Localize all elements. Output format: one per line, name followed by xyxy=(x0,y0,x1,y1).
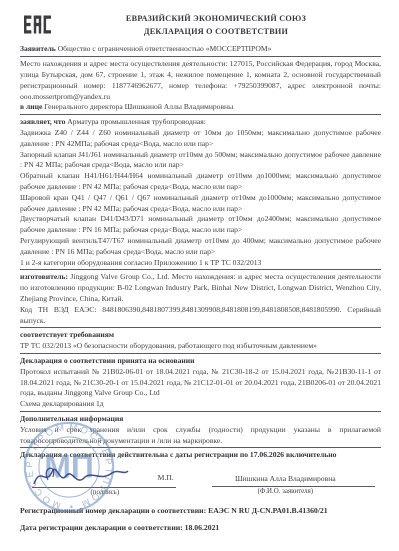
declaration-document: ЕВРАЗИЙСКИЙ ЭКОНОМИЧЕСКИЙ СОЮЗ ДЕКЛАРАЦИ… xyxy=(0,0,399,551)
compliance-standard: ТР ТС 032/2013 «О безопасности оборудова… xyxy=(20,341,381,354)
representative-label: в лице xyxy=(20,102,42,111)
product-item-ball-valve: Шаровой кран Q41 / Q47 / Q61 / Q67 номин… xyxy=(20,193,381,215)
equipment-category: 1 и 2-я категории оборудования согласно … xyxy=(20,258,381,271)
additional-info-heading: Дополнительная информация xyxy=(20,414,381,425)
fio-column: Шишкина Алла Владимировна (Ф.И.О. заявит… xyxy=(190,466,381,498)
fio-caption: (Ф.И.О. заявителя) xyxy=(190,487,381,497)
manufacturer-label: изготовитель: xyxy=(20,272,68,281)
applicant-address: Место нахождения и адрес места осуществл… xyxy=(20,59,381,102)
declaration-title: ДЕКЛАРАЦИЯ О СООТВЕТСТВИИ xyxy=(51,26,381,39)
handwritten-signature xyxy=(28,460,132,490)
applicant-name: Общество с ограниченной ответственностью… xyxy=(58,44,272,53)
applicant-fio: Шишкина Алла Владимировна xyxy=(190,466,381,486)
declaration-subject: заявляет, что Арматура промышленная труб… xyxy=(20,117,381,128)
eac-logo xyxy=(24,12,51,37)
additional-info-text: Условия и срок хранения и/или срок служб… xyxy=(20,425,381,449)
document-title: ЕВРАЗИЙСКИЙ ЭКОНОМИЧЕСКИЙ СОЮЗ ДЕКЛАРАЦИ… xyxy=(51,9,381,38)
registration-number: Регистрационный номер декларации о соотв… xyxy=(20,505,381,517)
product-item-gate-valve: Задвижка Z40 / Z44 / Z60 номинальный диа… xyxy=(20,128,381,150)
manufacturer-text: Jinggong Valve Group Co., Ltd. Место нах… xyxy=(20,272,381,303)
basis-heading: Декларация о соответствии принята на осн… xyxy=(20,356,381,367)
declares-text: Арматура промышленная трубопроводная: xyxy=(67,117,206,126)
basis-protocols: Протокол испытаний № 21B02-06-01 от 18.0… xyxy=(20,367,381,399)
product-item-check-valve: Обратный клапан H41/H61/H44/H64 номиналь… xyxy=(20,171,381,193)
mp-seal-label: М.П. xyxy=(158,473,174,482)
declaration-scheme: Схема декларирования 1д xyxy=(20,399,381,412)
applicant-label: Заявитель xyxy=(20,44,56,53)
signature-block: МОССЕРТПРОМ • МОССЕРТПРОМ • МП М.П. (под… xyxy=(20,466,381,498)
applicant-line: Заявитель Общество с ограниченной ответс… xyxy=(20,44,381,57)
document-header: ЕВРАЗИЙСКИЙ ЭКОНОМИЧЕСКИЙ СОЮЗ ДЕКЛАРАЦИ… xyxy=(20,9,381,38)
signature-column: МОССЕРТПРОМ • МОССЕРТПРОМ • МП М.П. (под… xyxy=(20,466,190,498)
validity-line: Декларация о соответствии действительна … xyxy=(20,450,381,461)
union-title: ЕВРАЗИЙСКИЙ ЭКОНОМИЧЕСКИЙ СОЮЗ xyxy=(51,13,381,26)
signature-caption: (подпись) xyxy=(20,488,190,498)
signature-area: МОССЕРТПРОМ • МОССЕРТПРОМ • МП М.П. xyxy=(20,466,190,487)
product-item-control-valve: Регулирующий вентильТ47/Т67 номинальный … xyxy=(20,236,381,258)
registration-block: Регистрационный номер декларации о соотв… xyxy=(20,505,381,534)
product-item-butterfly-valve: Двустворчатый клапан D41/D43/D71 номинал… xyxy=(20,214,381,236)
declares-label: заявляет, что xyxy=(20,117,65,126)
compliance-heading: соответствует требованиям xyxy=(20,330,381,341)
representative-name: Генерального директора Шишкиной Аллы Вла… xyxy=(44,102,233,111)
tn-ved-code: Код ТН ВЭД ЕАЭС: 8481806390,8481807399,8… xyxy=(20,305,381,329)
product-item-stop-valve: Запорный клапан J41/J61 номинальный диам… xyxy=(20,150,381,172)
manufacturer-line: изготовитель: Jinggong Valve Group Co., … xyxy=(20,272,381,304)
representative-line: в лице Генерального директора Шишкиной А… xyxy=(20,102,381,115)
registration-date: Дата регистрации декларации о соответств… xyxy=(20,522,381,534)
